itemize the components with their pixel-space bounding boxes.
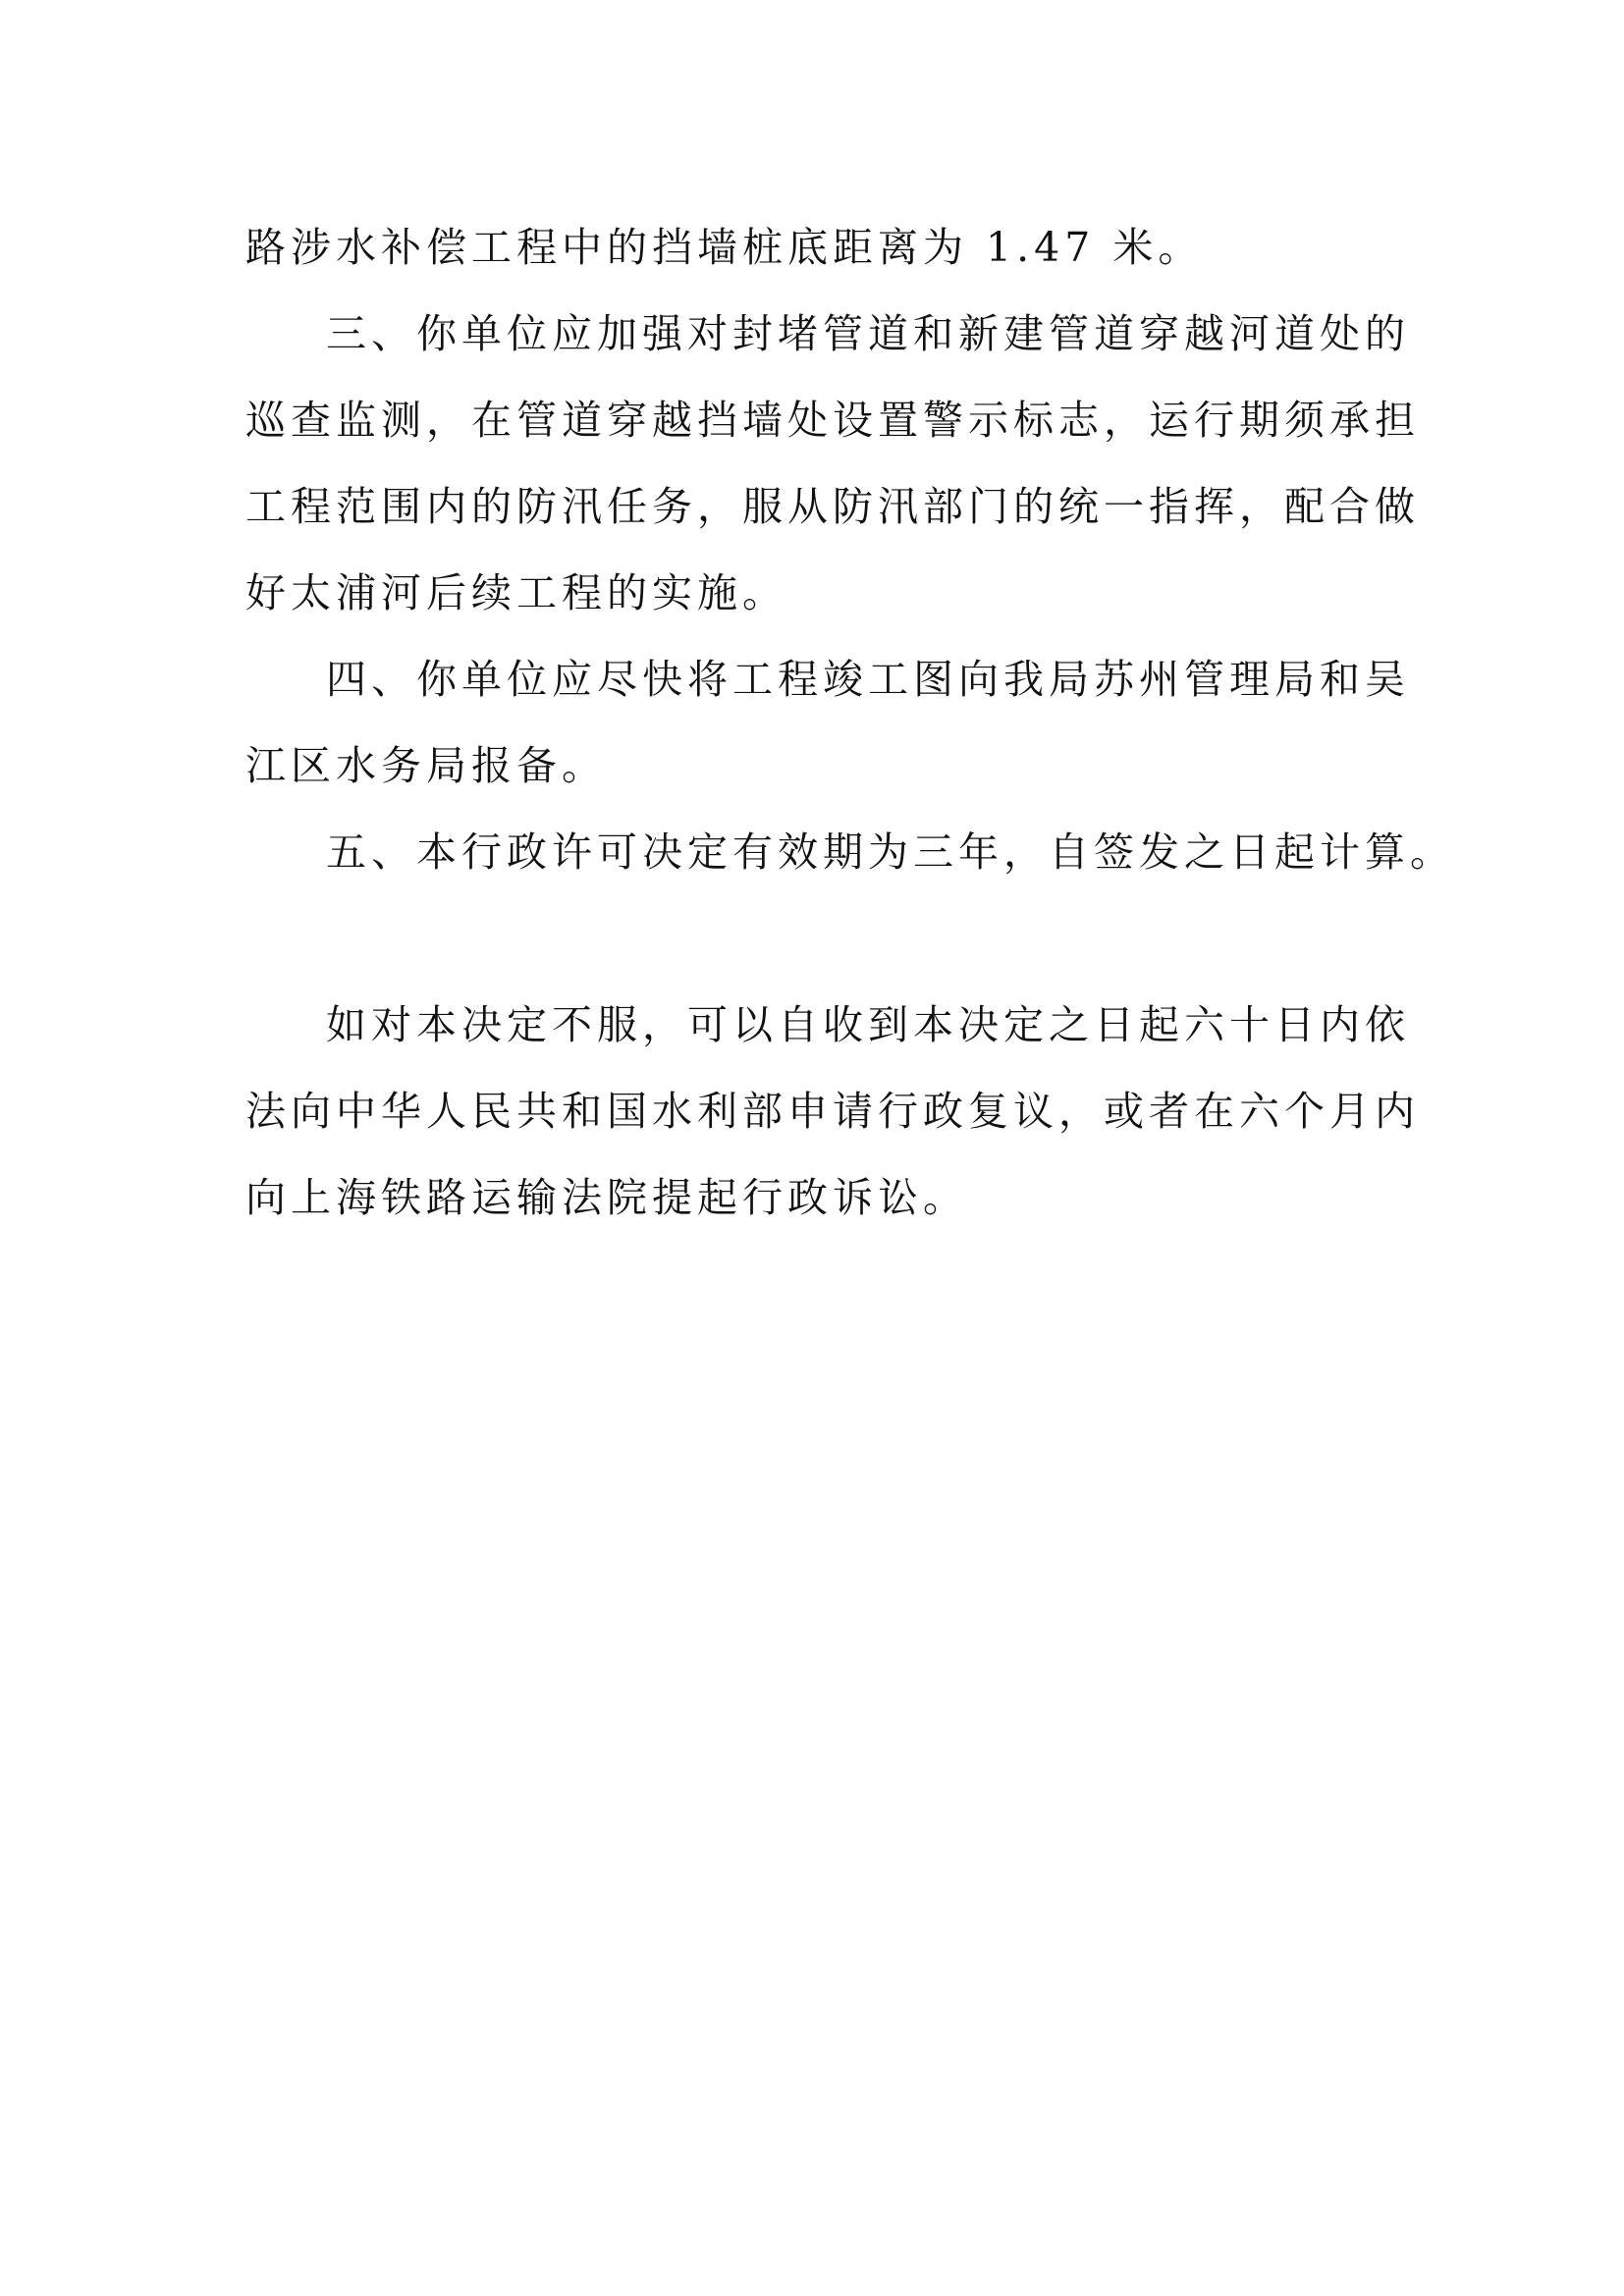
text-line: 路涉水补偿工程中的挡墙桩底距离为 1.47 米。 (245, 204, 1384, 291)
paragraph-item-four: 四、你单位应尽快将工程竣工图向我局苏州管理局和吴 江区水务局报备。 (245, 636, 1384, 809)
text-line: 法向中华人民共和国水利部申请行政复议，或者在六个月内 (245, 1068, 1384, 1154)
text-line: 工程范围内的防汛任务，服从防汛部门的统一指挥，配合做 (245, 463, 1384, 550)
text-line: 巡查监测，在管道穿越挡墙处设置警示标志，运行期须承担 (245, 377, 1384, 463)
paragraph-appeal-notice: 如对本决定不服，可以自收到本决定之日起六十日内依 法向中华人民共和国水利部申请行… (245, 982, 1384, 1241)
paragraph-item-three: 三、你单位应加强对封堵管道和新建管道穿越河道处的 巡查监测，在管道穿越挡墙处设置… (245, 291, 1384, 636)
document-page: 路涉水补偿工程中的挡墙桩底距离为 1.47 米。 三、你单位应加强对封堵管道和新… (0, 0, 1624, 2296)
text-line: 三、你单位应加强对封堵管道和新建管道穿越河道处的 (245, 291, 1384, 377)
paragraph-spacer (245, 895, 1384, 982)
paragraph-item-two-continuation: 路涉水补偿工程中的挡墙桩底距离为 1.47 米。 (245, 204, 1384, 291)
text-line: 如对本决定不服，可以自收到本决定之日起六十日内依 (245, 982, 1384, 1068)
paragraph-item-five: 五、本行政许可决定有效期为三年，自签发之日起计算。 (245, 809, 1384, 895)
text-line: 四、你单位应尽快将工程竣工图向我局苏州管理局和吴 (245, 636, 1384, 722)
document-body: 路涉水补偿工程中的挡墙桩底距离为 1.47 米。 三、你单位应加强对封堵管道和新… (245, 204, 1384, 1241)
text-line: 好太浦河后续工程的实施。 (245, 550, 1384, 636)
text-line: 江区水务局报备。 (245, 722, 1384, 809)
text-line: 向上海铁路运输法院提起行政诉讼。 (245, 1154, 1384, 1241)
text-line: 五、本行政许可决定有效期为三年，自签发之日起计算。 (245, 809, 1384, 895)
